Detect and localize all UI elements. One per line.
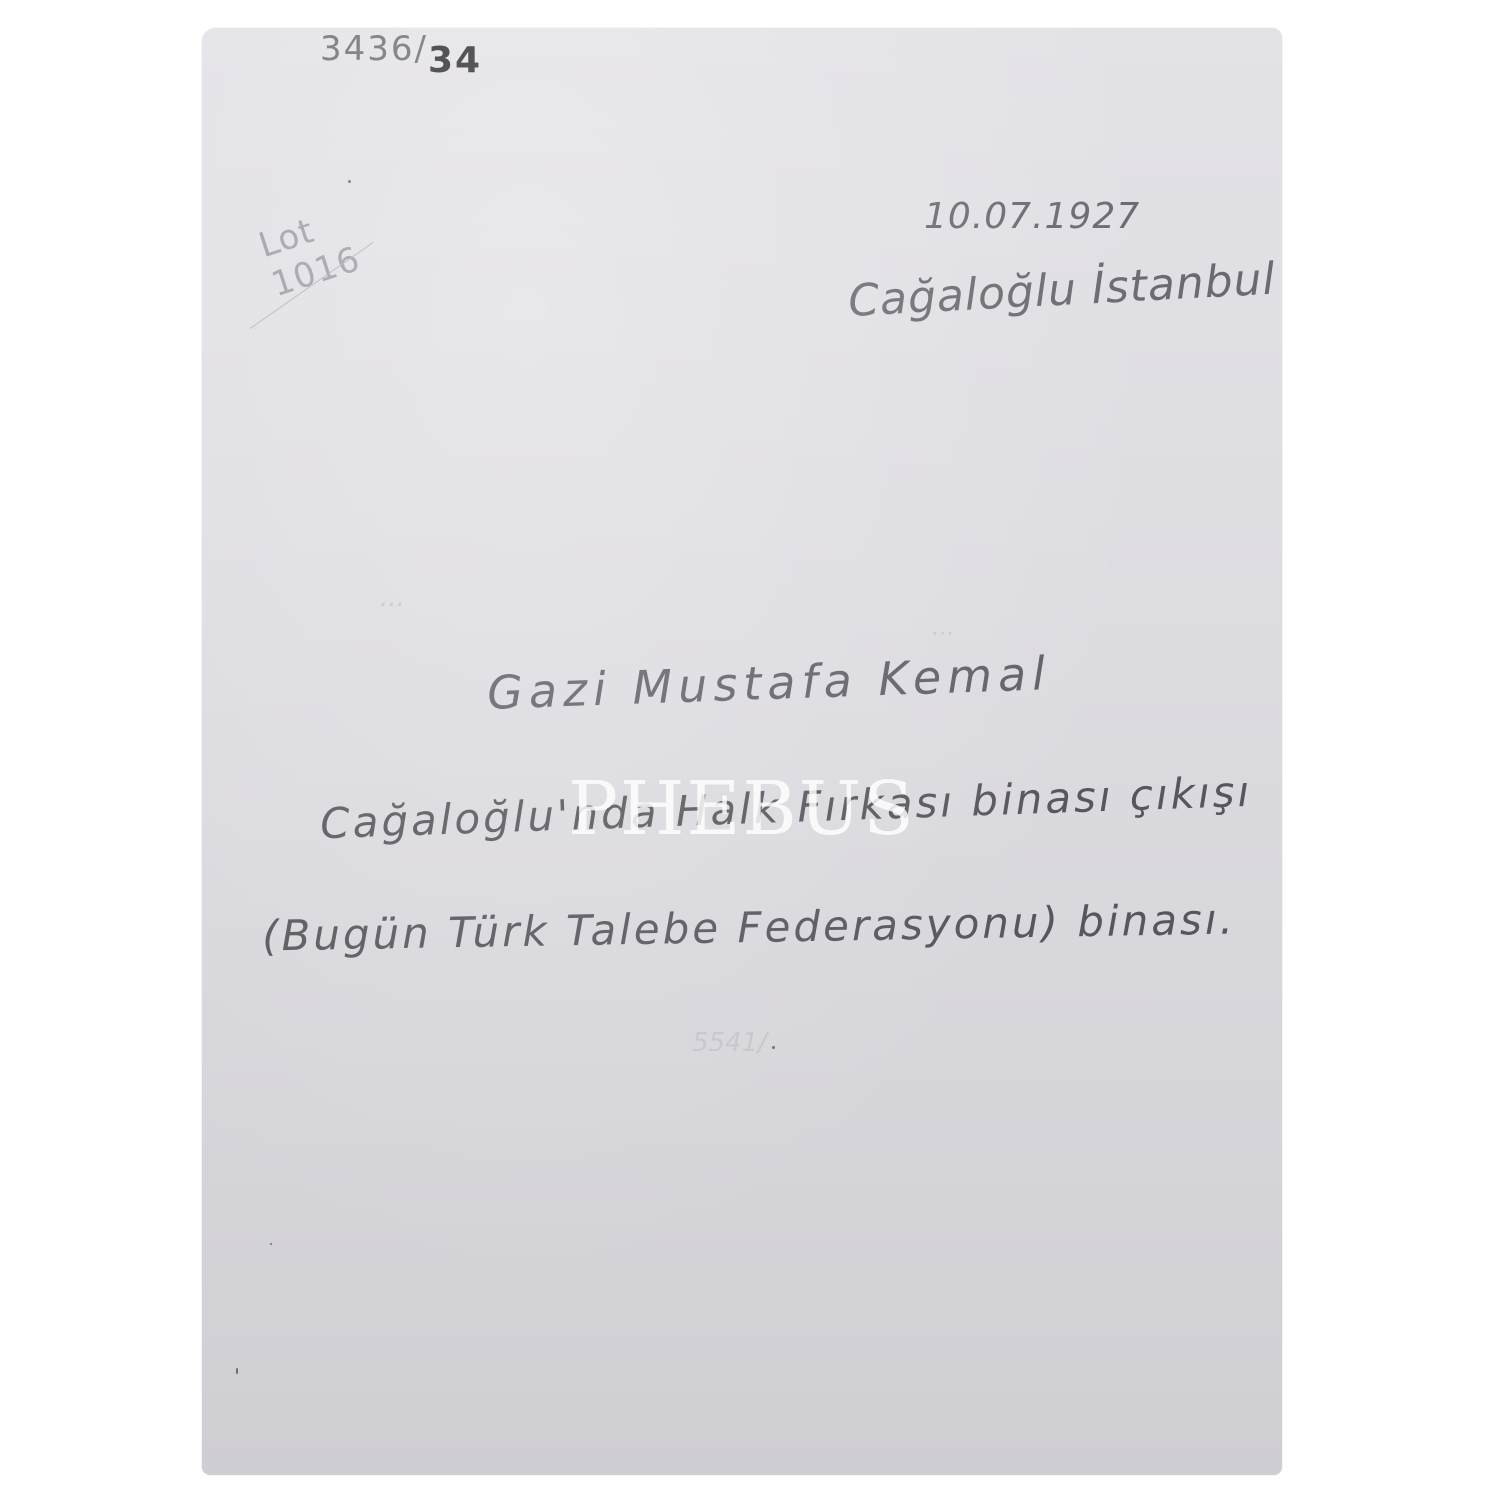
speck: [270, 1243, 272, 1245]
date-inscription: 10.07.1927: [924, 196, 1140, 237]
caption-line-1: Gazi Mustafa Kemal: [486, 646, 1052, 720]
faint-mark-left: ...: [380, 583, 405, 613]
speck: [772, 1046, 775, 1049]
place-inscription: Cağaloğlu İstanbul: [847, 254, 1277, 327]
caption-line-2: Cağaloğlu'nda Halk Fırkası binası çıkışı: [319, 767, 1252, 849]
inventory-number-suffix: 34: [428, 40, 482, 81]
inventory-number: 3436/34: [320, 28, 482, 69]
photo-back-paper: 3436/34 Lot 1016 10.07.1927 Cağaloğlu İs…: [202, 28, 1282, 1475]
speck: [236, 1368, 238, 1374]
lot-note: Lot 1016: [254, 200, 365, 306]
speck: [348, 180, 351, 183]
faint-mark-right: ...: [932, 613, 955, 641]
faint-mark-bottom: 5541/: [692, 1028, 767, 1058]
caption-line-3: (Bugün Türk Talebe Federasyonu) binası.: [262, 895, 1237, 961]
inventory-number-main: 3436/: [320, 29, 428, 69]
